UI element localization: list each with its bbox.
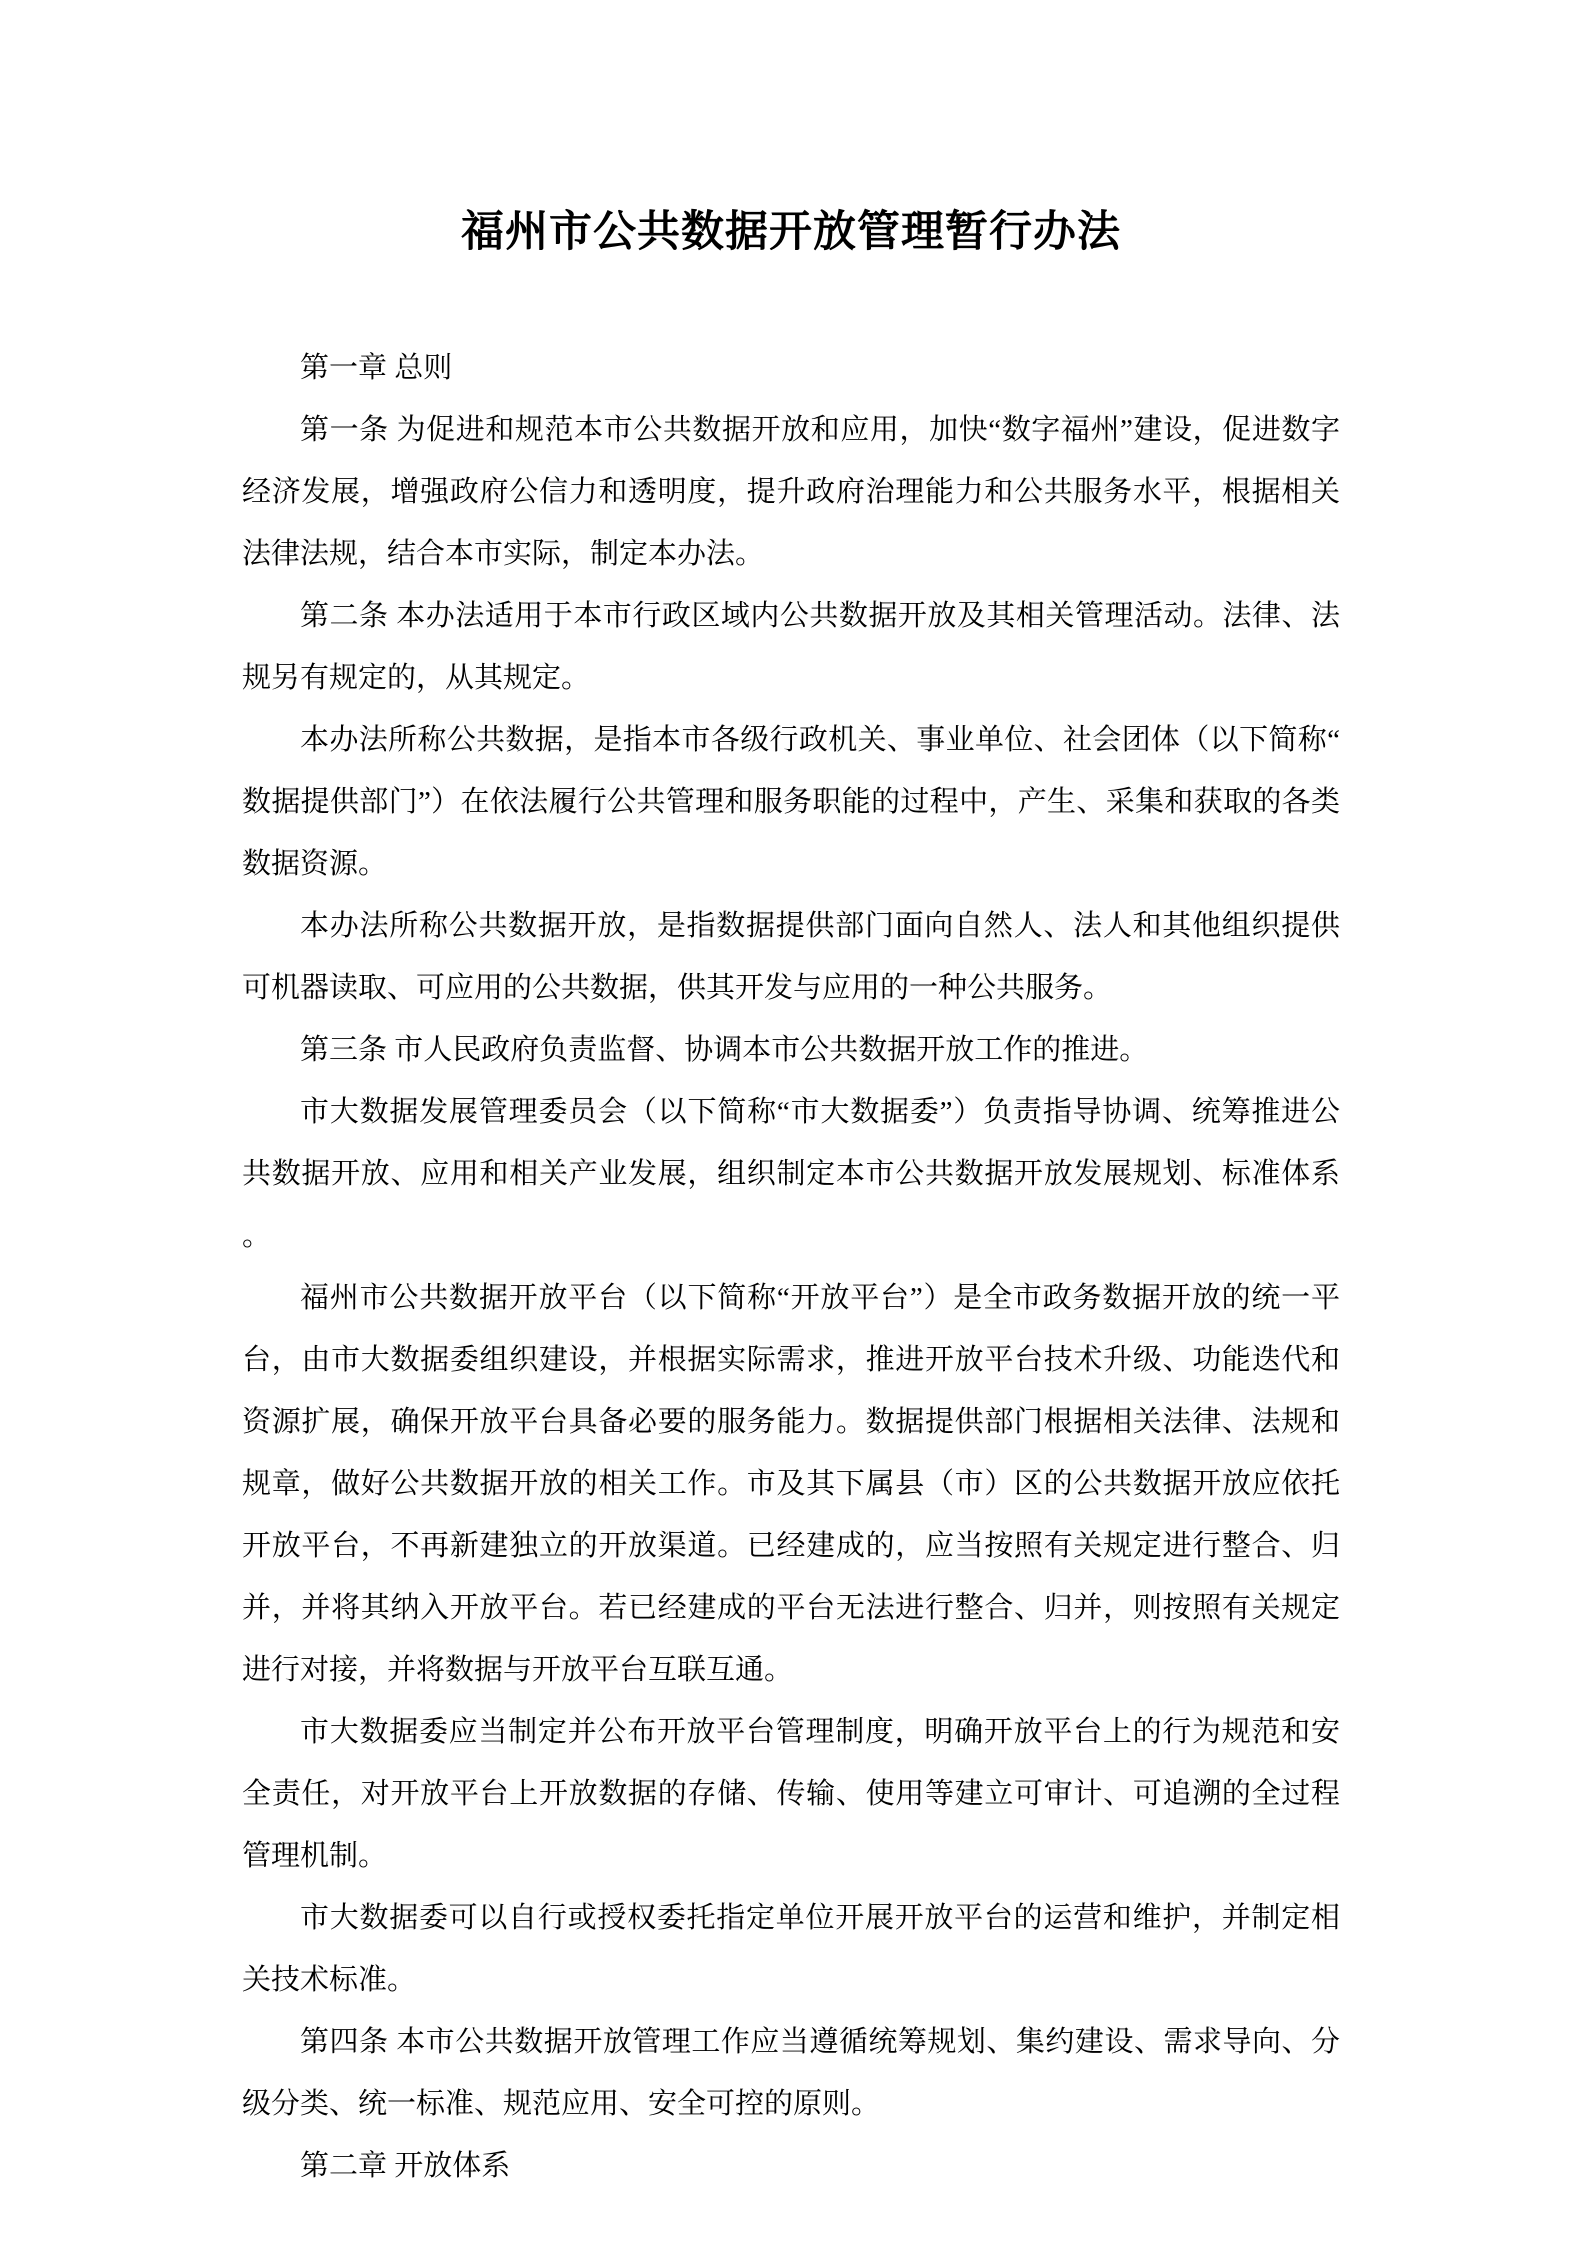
article-2-paragraph: 第二条 本办法适用于本市行政区域内公共数据开放及其相关管理活动。法律、法规另有规…: [242, 585, 1340, 709]
article-4-paragraph: 第四条 本市公共数据开放管理工作应当遵循统筹规划、集约建设、需求导向、分级分类、…: [242, 2011, 1340, 2135]
chapter-2-heading: 第二章 开放体系: [242, 2135, 1340, 2197]
document-body: 第一章 总则 第一条 为促进和规范本市公共数据开放和应用，加快“数字福州”建设，…: [242, 337, 1340, 2197]
document-page: 福州市公共数据开放管理暂行办法 第一章 总则 第一条 为促进和规范本市公共数据开…: [0, 0, 1586, 2244]
article-3-paragraph: 第三条 市人民政府负责监督、协调本市公共数据开放工作的推进。: [242, 1019, 1340, 1081]
article-3-open-platform: 福州市公共数据开放平台（以下简称“开放平台”）是全市政务数据开放的统一平台，由市…: [242, 1267, 1340, 1701]
article-3-platform-management: 市大数据委应当制定并公布开放平台管理制度，明确开放平台上的行为规范和安全责任，对…: [242, 1701, 1340, 1887]
article-2-definition-data-open: 本办法所称公共数据开放，是指数据提供部门面向自然人、法人和其他组织提供可机器读取…: [242, 895, 1340, 1019]
article-3-platform-operation: 市大数据委可以自行或授权委托指定单位开展开放平台的运营和维护，并制定相关技术标准…: [242, 1887, 1340, 2011]
article-1-paragraph: 第一条 为促进和规范本市公共数据开放和应用，加快“数字福州”建设，促进数字经济发…: [242, 399, 1340, 585]
article-2-definition-public-data: 本办法所称公共数据，是指本市各级行政机关、事业单位、社会团体（以下简称“数据提供…: [242, 709, 1340, 895]
document-title: 福州市公共数据开放管理暂行办法: [242, 200, 1340, 266]
chapter-1-heading: 第一章 总则: [242, 337, 1340, 399]
article-3-big-data-committee: 市大数据发展管理委员会（以下简称“市大数据委”）负责指导协调、统筹推进公共数据开…: [242, 1081, 1340, 1267]
